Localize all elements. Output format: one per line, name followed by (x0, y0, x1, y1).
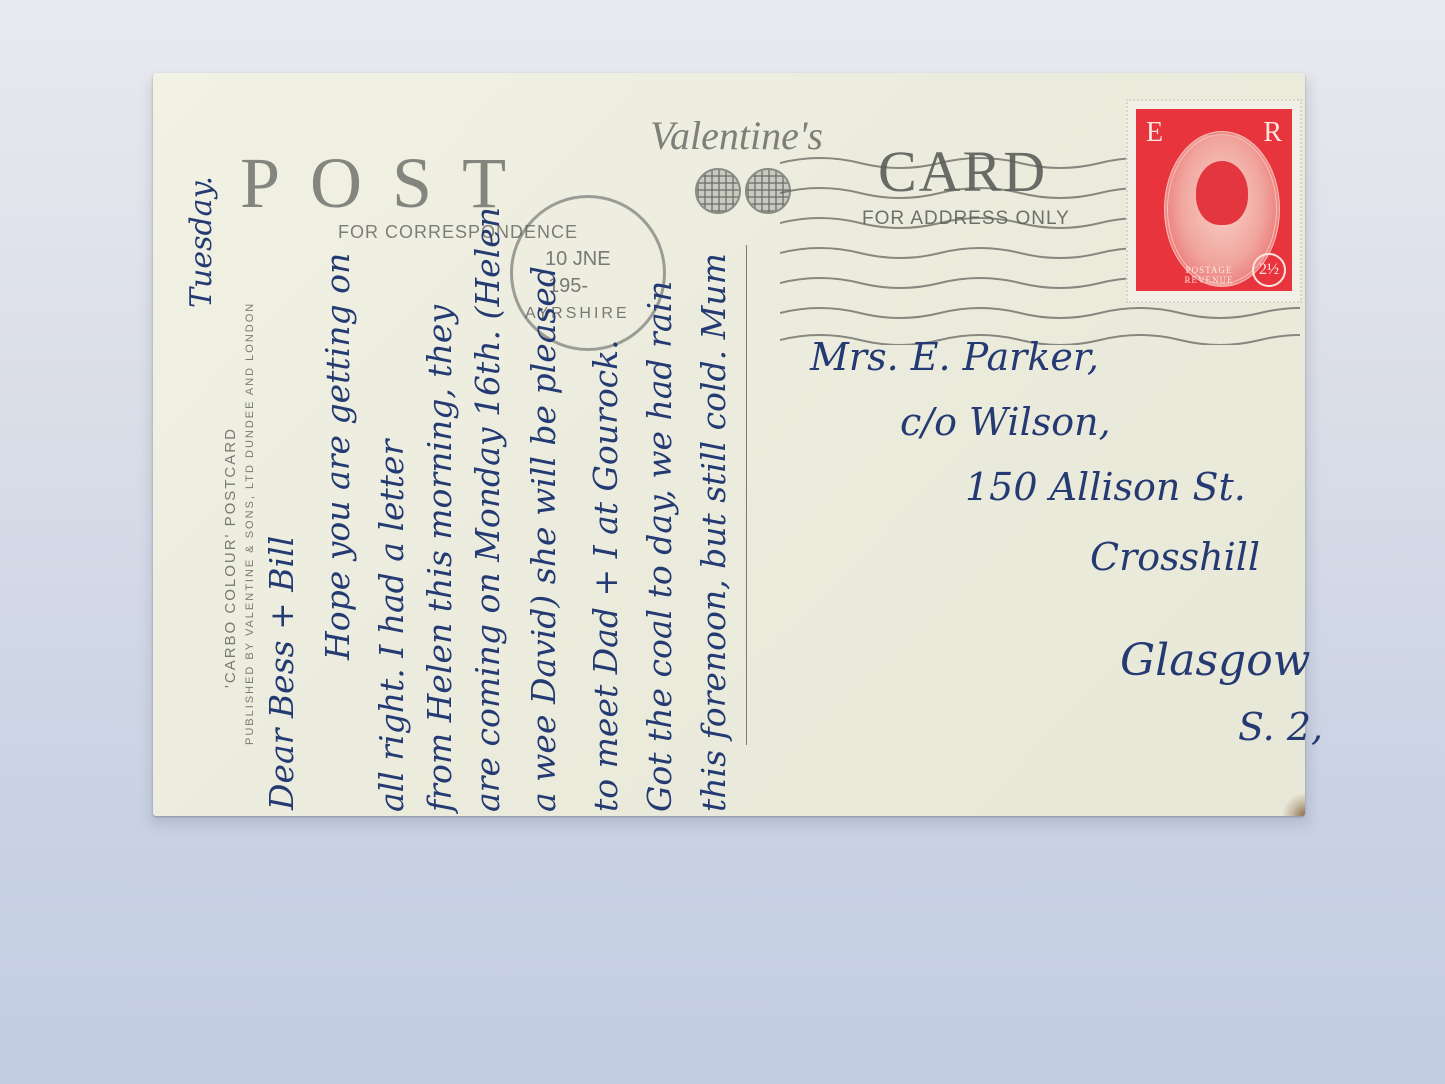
message-line: a wee David) she will be pleased (524, 266, 563, 812)
message-line: Got the coal to day, we had rain (640, 281, 679, 812)
stamp-value: 2½ (1252, 253, 1286, 287)
address-line-name: Mrs. E. Parker, (810, 335, 1099, 379)
stamp-caption-postage: POSTAGE (1154, 265, 1264, 275)
stamp-letter-r: R (1263, 117, 1282, 149)
message-line: Dear Bess + Bill (262, 536, 301, 810)
postage-stamp: E R POSTAGE REVENUE 2½ (1126, 99, 1302, 303)
globe-icon (695, 168, 741, 214)
message-line: Tuesday. (184, 176, 219, 308)
address-line-care-of: c/o Wilson, (900, 400, 1111, 444)
stamp-caption: POSTAGE REVENUE (1154, 265, 1264, 285)
worn-corner (1283, 794, 1305, 816)
center-divider (746, 245, 747, 745)
publisher-line-2: PUBLISHED BY VALENTINE & SONS, LTD DUNDE… (244, 302, 256, 745)
message-line: Hope you are getting on (318, 253, 357, 660)
portrait-head (1196, 161, 1248, 225)
message-line: all right. I had a letter (372, 440, 411, 812)
address-line-street: 150 Allison St. (965, 465, 1246, 509)
address-line-city: Glasgow (1120, 635, 1310, 686)
stamp-letter-e: E (1146, 117, 1163, 149)
stamp-face: E R POSTAGE REVENUE 2½ (1136, 109, 1292, 291)
address-line-postcode: S. 2, (1238, 705, 1323, 749)
message-line: to meet Dad + I at Gourock. (586, 339, 625, 812)
message-line: are coming on Monday 16th. (Helen (468, 207, 507, 812)
publisher-line-1: 'CARBO COLOUR' POSTCARD (222, 427, 239, 688)
message-line: this forenoon, but still cold. Mum (694, 253, 733, 812)
message-line: from Helen this morning, they (420, 305, 459, 812)
address-line-district: Crosshill (1090, 535, 1260, 579)
stamp-caption-revenue: REVENUE (1154, 275, 1264, 285)
